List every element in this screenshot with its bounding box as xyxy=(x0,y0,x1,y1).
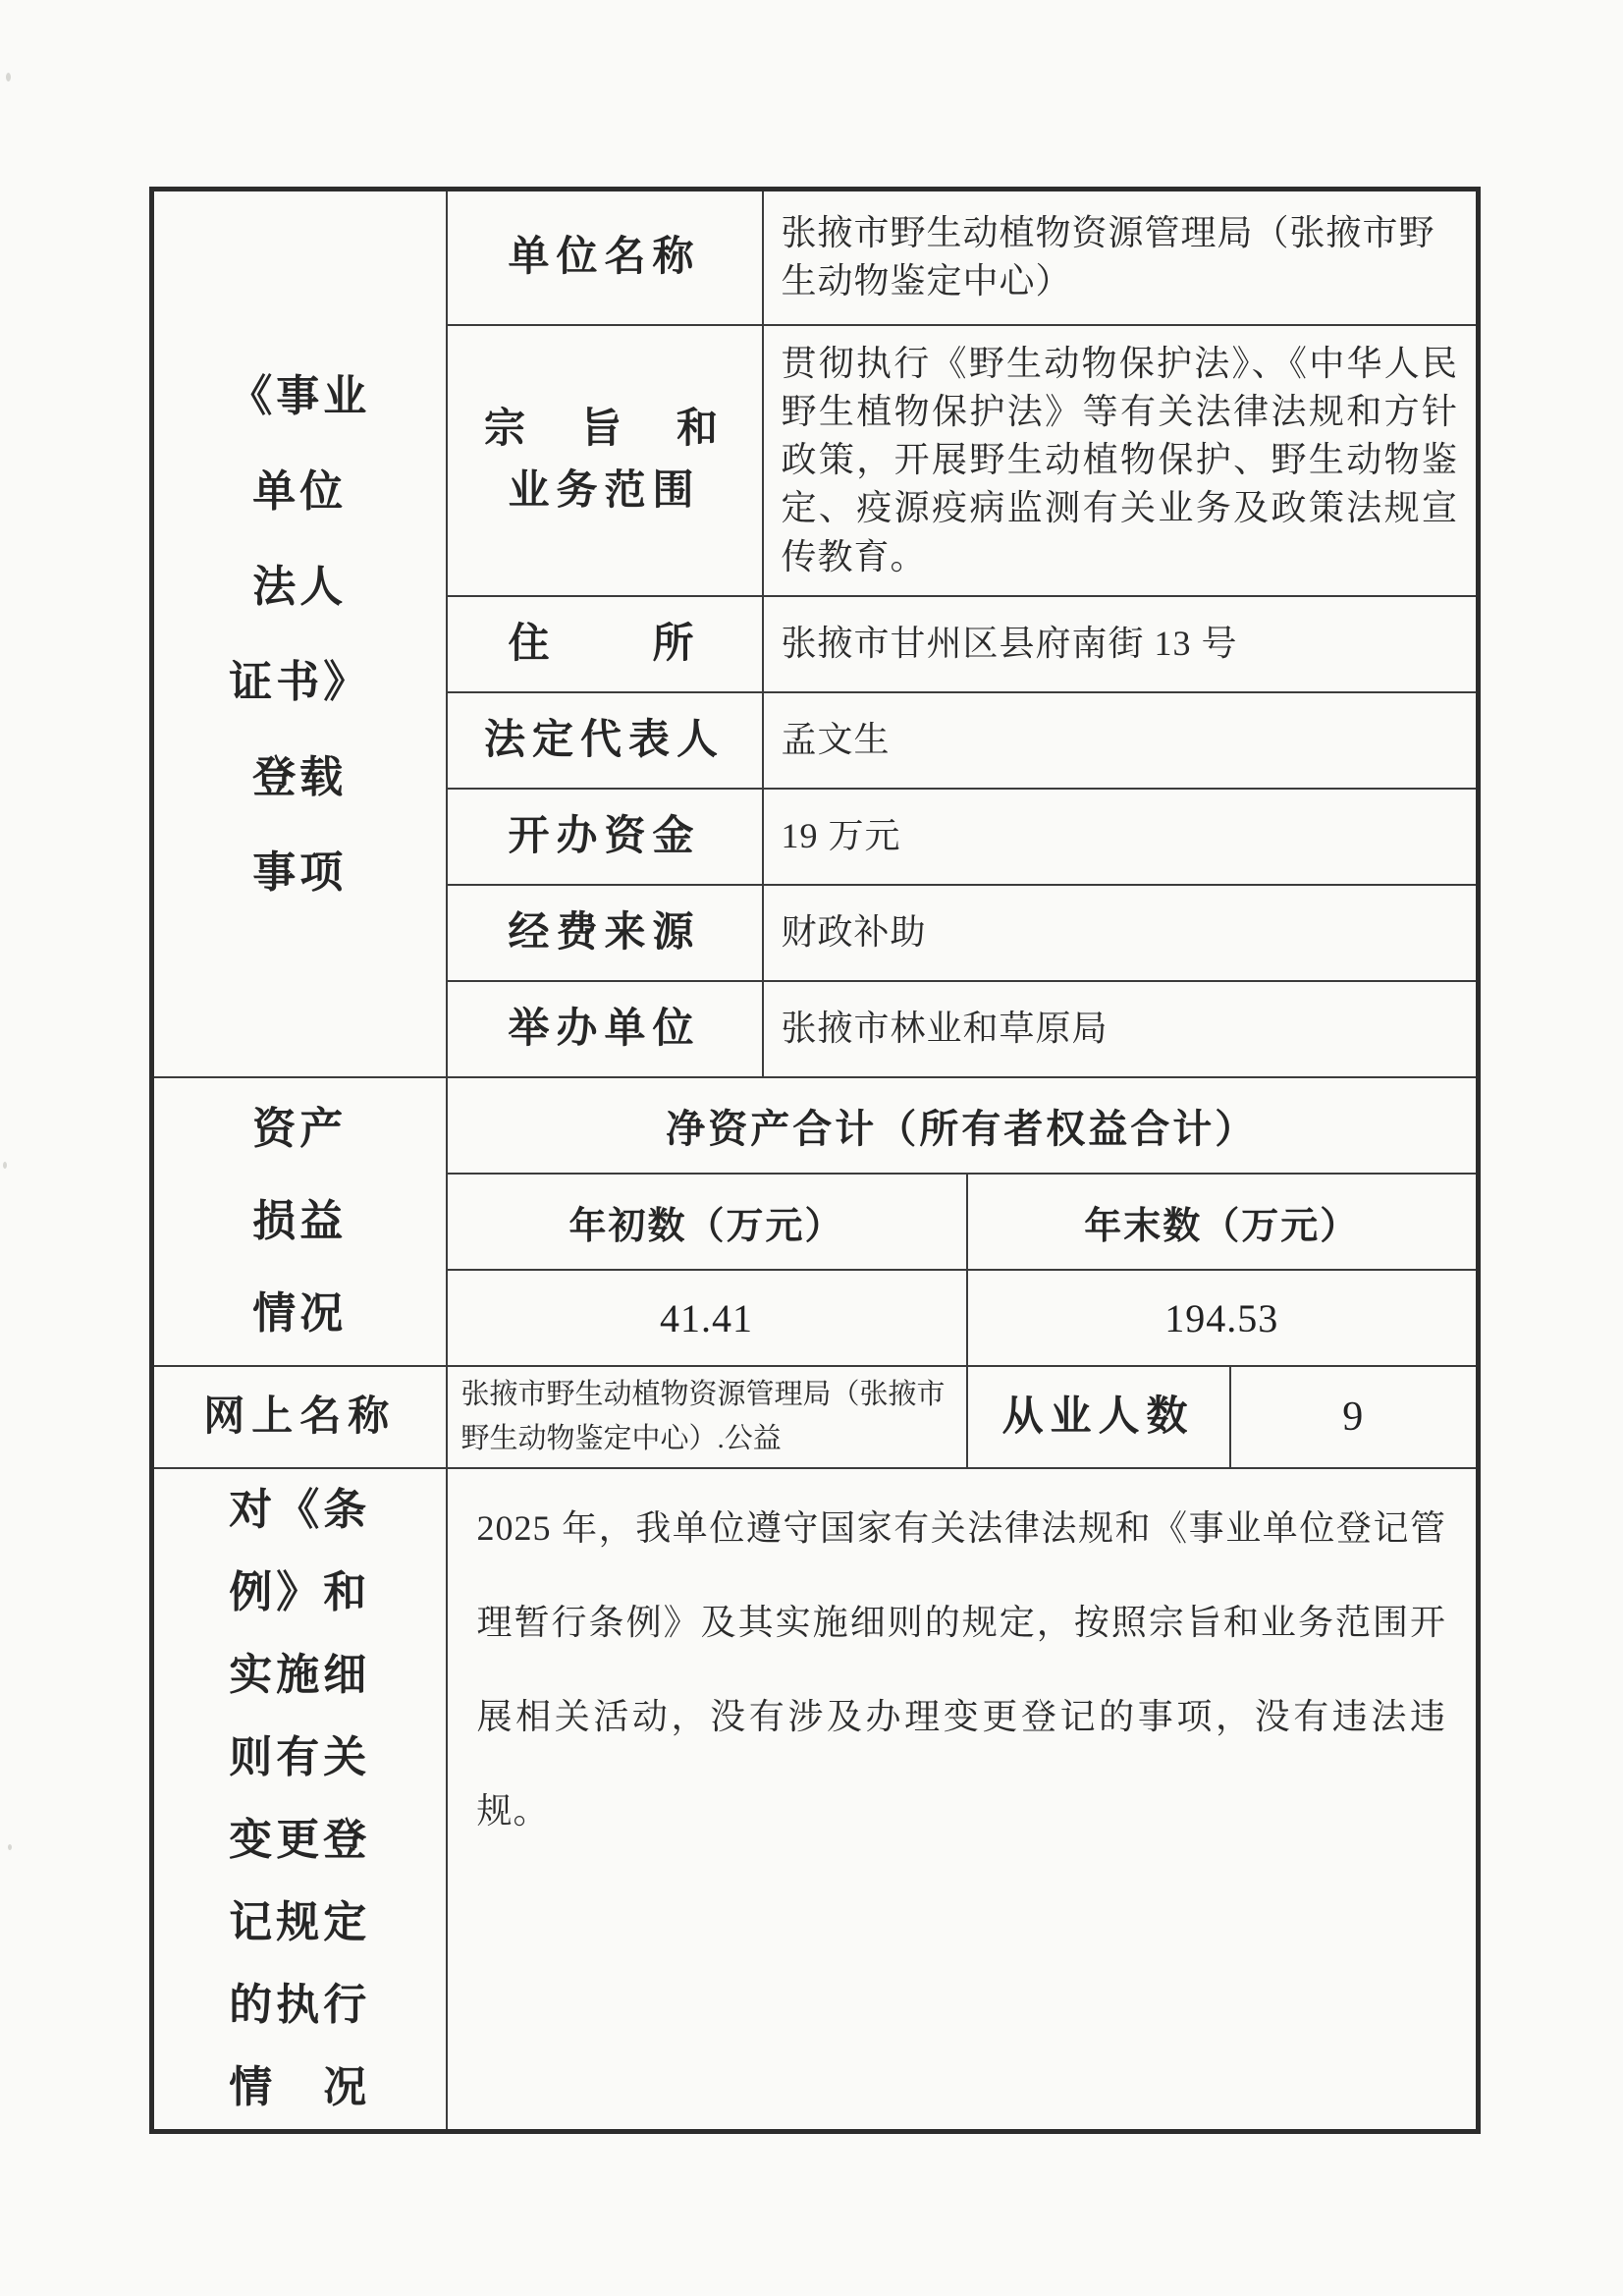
staff-count-label: 从业人数 xyxy=(967,1366,1230,1468)
unit-name-value: 张掖市野生动植物资源管理局（张掖市野生动物鉴定中心） xyxy=(763,190,1479,325)
purpose-scope-label: 宗 旨 和 业务范围 xyxy=(447,325,763,597)
legal-representative-label: 法定代表人 xyxy=(447,692,763,789)
legal-representative-value: 孟文生 xyxy=(763,692,1479,789)
scan-speck xyxy=(8,1844,12,1850)
registration-report-table: 《事业 单位 法人 证书》 登载 事项 单位名称 张掖市野生动植物资源管理局（张… xyxy=(149,187,1481,2134)
year-start-header: 年初数（万元） xyxy=(447,1174,967,1270)
scanned-document-page: 《事业 单位 法人 证书》 登载 事项 单位名称 张掖市野生动植物资源管理局（张… xyxy=(0,0,1623,2296)
opening-funds-value: 19 万元 xyxy=(763,789,1479,885)
assets-section-label: 资产 损益 情况 xyxy=(152,1077,447,1366)
funding-source-label: 经费来源 xyxy=(447,885,763,981)
compliance-section-label: 对《条 例》和 实施细 则有关 变更登 记规定 的执行 情 况 xyxy=(152,1468,447,2132)
address-label: 住 所 xyxy=(447,596,763,692)
sponsor-unit-value: 张掖市林业和草原局 xyxy=(763,981,1479,1077)
certificate-section-label: 《事业 单位 法人 证书》 登载 事项 xyxy=(152,190,447,1078)
scan-speck xyxy=(3,1162,7,1169)
year-end-value: 194.53 xyxy=(967,1270,1479,1366)
compliance-statement: 2025 年，我单位遵守国家有关法律法规和《事业单位登记管理暂行条例》及其实施细… xyxy=(447,1468,1479,2132)
online-name-value: 张掖市野生动植物资源管理局（张掖市野生动物鉴定中心）.公益 xyxy=(447,1366,967,1468)
net-assets-header: 净资产合计（所有者权益合计） xyxy=(447,1077,1479,1174)
address-value: 张掖市甘州区县府南街 13 号 xyxy=(763,596,1479,692)
online-name-label: 网上名称 xyxy=(152,1366,447,1468)
year-end-header: 年末数（万元） xyxy=(967,1174,1479,1270)
opening-funds-label: 开办资金 xyxy=(447,789,763,885)
funding-source-value: 财政补助 xyxy=(763,885,1479,981)
staff-count-value: 9 xyxy=(1230,1366,1479,1468)
purpose-scope-value: 贯彻执行《野生动物保护法》、《中华人民野生植物保护法》等有关法律法规和方针政策，… xyxy=(763,325,1479,597)
scan-speck xyxy=(6,73,11,82)
year-start-value: 41.41 xyxy=(447,1270,967,1366)
sponsor-unit-label: 举办单位 xyxy=(447,981,763,1077)
unit-name-label: 单位名称 xyxy=(447,190,763,325)
